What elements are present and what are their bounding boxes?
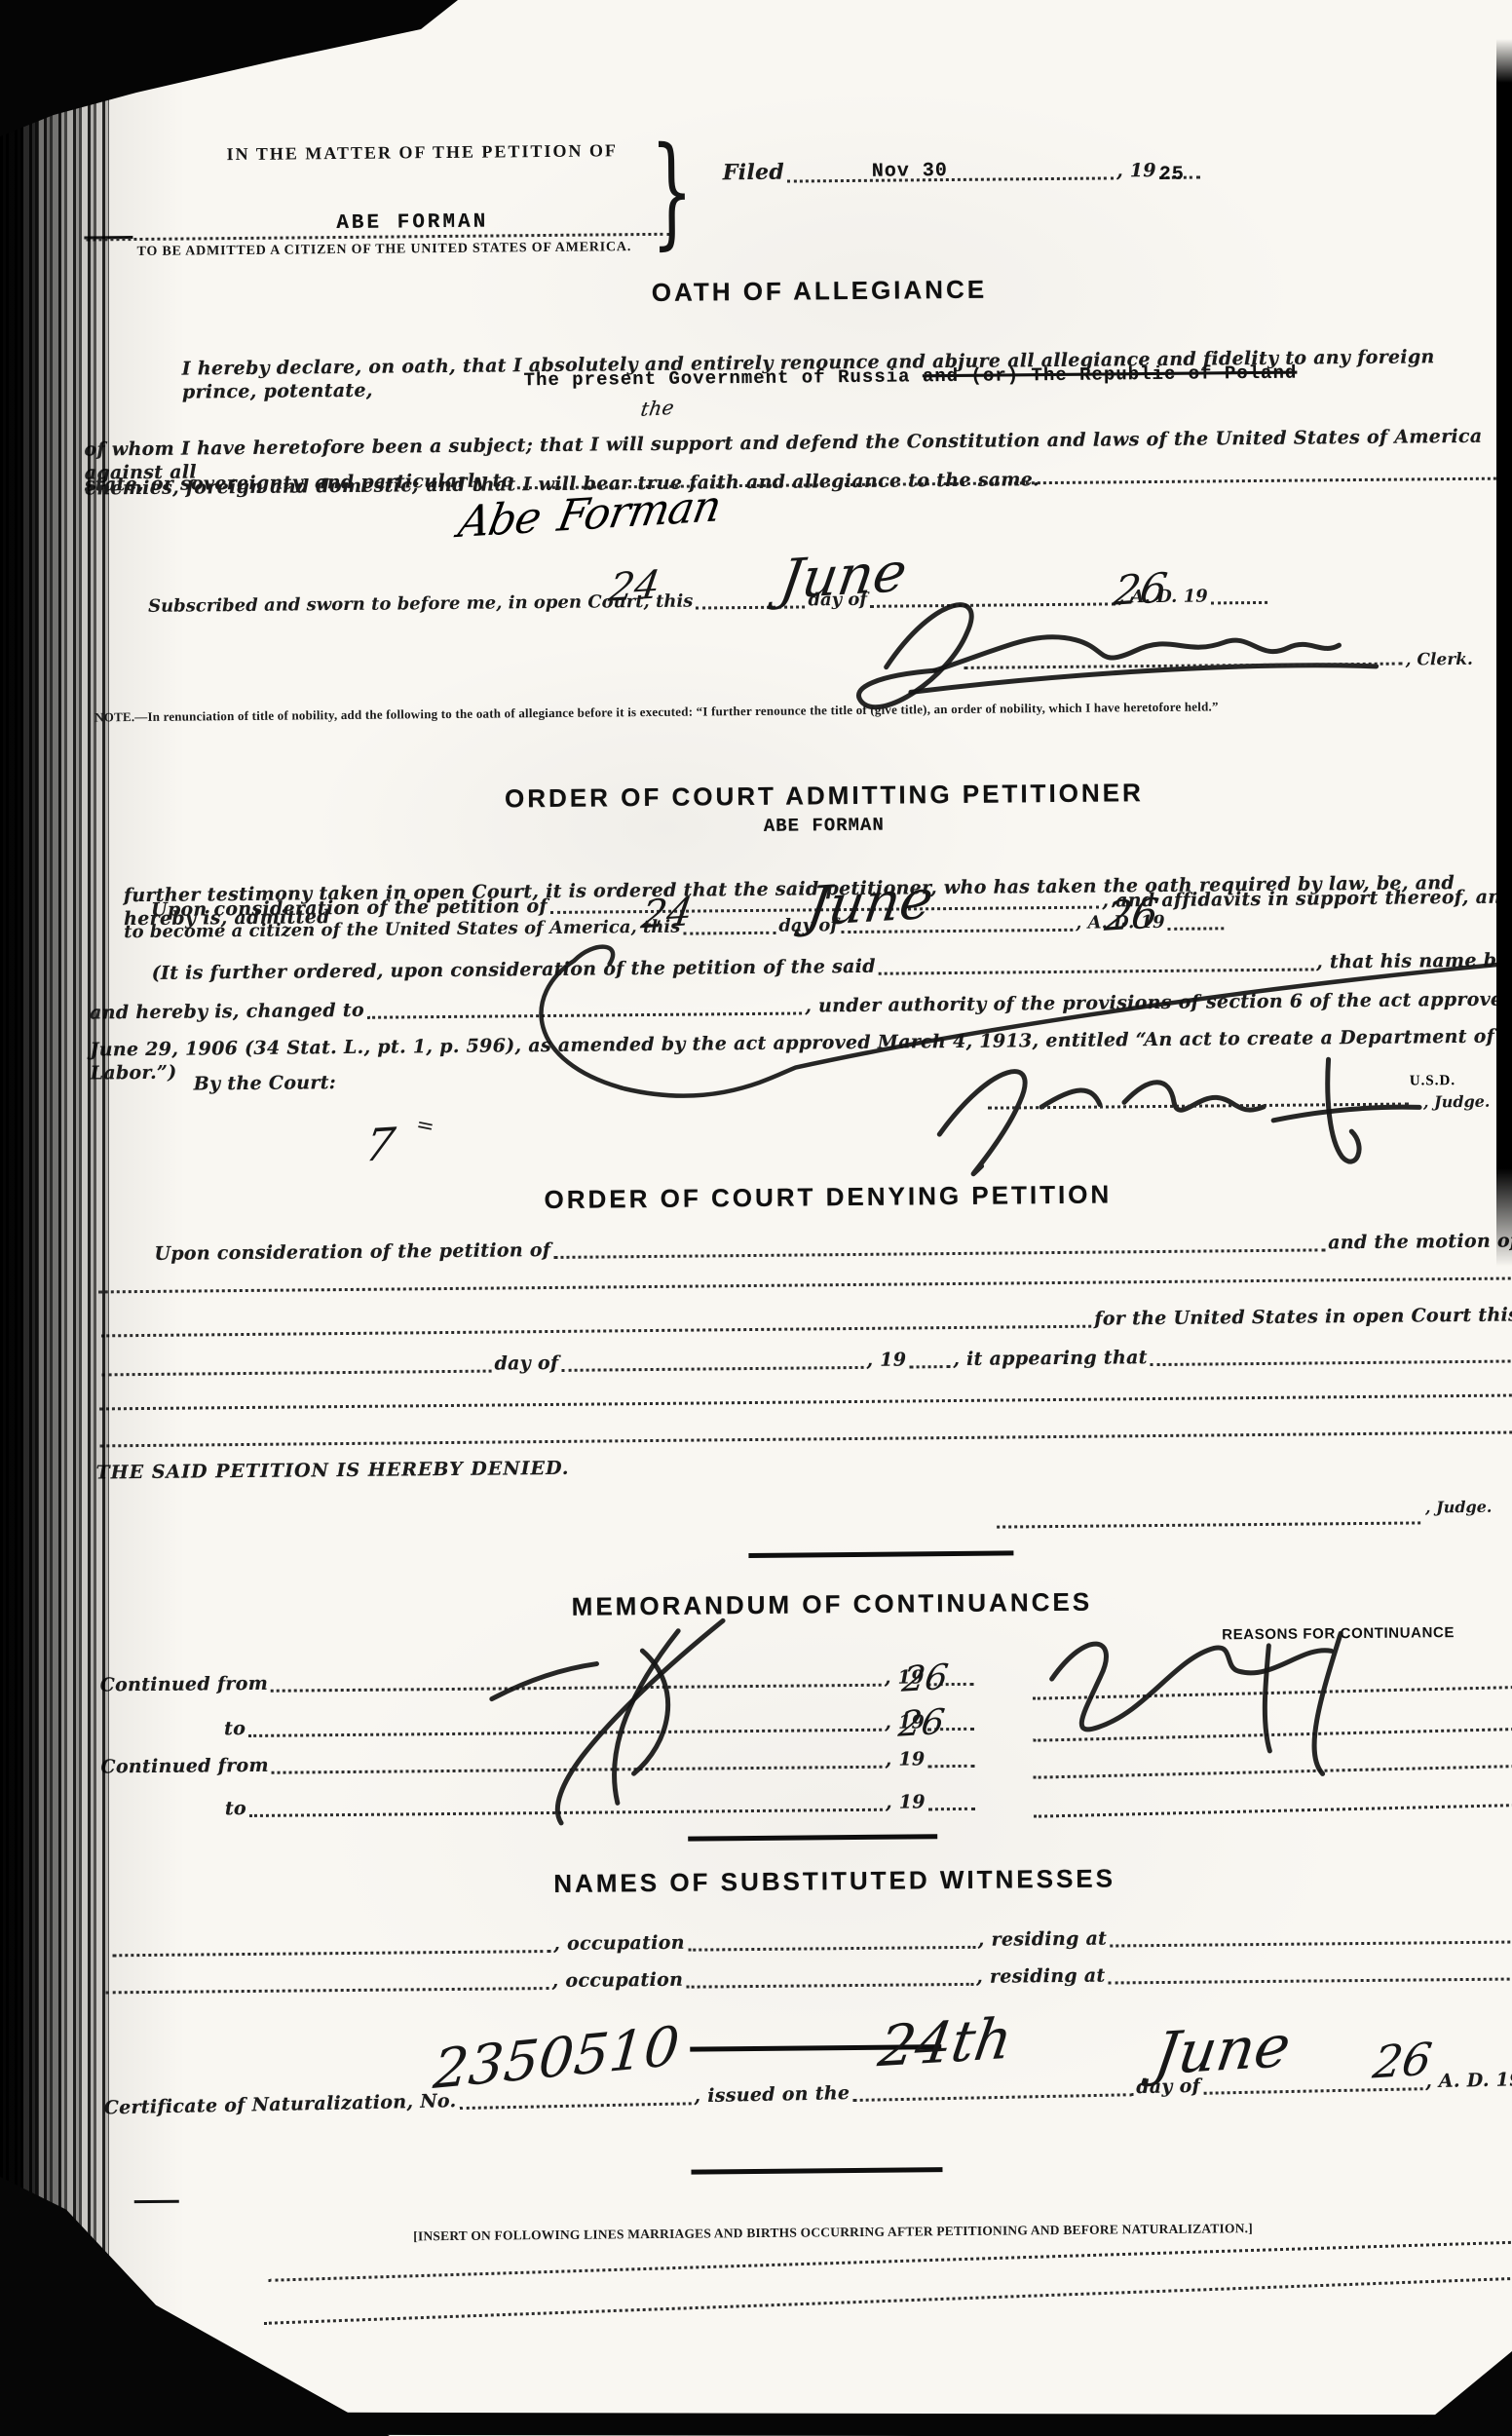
certificate-year-handwriting: 26 xyxy=(1370,2033,1435,2089)
naturalization-record-page: IN THE MATTER OF THE PETITION OF ABE FOR… xyxy=(0,0,1512,2436)
certificate-ad19: , A. D. 19 xyxy=(1425,2069,1512,2094)
reasons-line-4 xyxy=(1034,1804,1512,1818)
continuance-reason-signature-handwriting xyxy=(1027,1616,1389,1790)
witness-1-occupation-dotted xyxy=(688,1946,975,1952)
filed-year-prefix: , 19 xyxy=(1116,160,1156,183)
filed-dotted-line xyxy=(787,176,1114,182)
filed-date-stamp: Nov 30 xyxy=(872,160,948,183)
denying-line4: day of , 19 , it appearing that xyxy=(98,1343,1512,1380)
sworn-day-handwriting: 24 xyxy=(606,563,662,611)
denying-day-of: day of xyxy=(494,1352,558,1376)
denying-year-dotted xyxy=(909,1365,950,1368)
right-brace: } xyxy=(650,132,694,252)
certificate-number-dotted xyxy=(460,2102,692,2110)
admitting-title: ORDER OF COURT ADMITTING PETITIONER xyxy=(473,778,1175,815)
judge-label: , Judge. xyxy=(1423,1092,1491,1113)
continuance-row-1-year-handwriting: 26 xyxy=(899,1657,950,1700)
petition-denied-line: THE SAID PETITION IS HEREBY DENIED. xyxy=(95,1458,569,1485)
denying-blank-line-2 xyxy=(99,1393,1512,1410)
denying-appearing: , it appearing that xyxy=(953,1347,1148,1372)
usd-label: U.S.D. xyxy=(1410,1073,1455,1089)
continuance-row-4-19: , 19 xyxy=(886,1791,926,1814)
denying-comma19: , 19 xyxy=(866,1349,906,1372)
denying-line1-tail: and the motion of xyxy=(1328,1230,1512,1255)
continuance-row-3-19: , 19 xyxy=(885,1748,925,1771)
continuance-row-2-label: to xyxy=(224,1718,246,1741)
certificate-lead: Certificate of Naturalization, No. xyxy=(103,2090,456,2120)
certificate-month-handwriting: June xyxy=(1150,2012,1295,2088)
certificate-day-handwriting: 24th xyxy=(874,2005,1016,2079)
witness-1-residing-label: , residing at xyxy=(978,1928,1108,1953)
scan-bottom-bar xyxy=(321,2413,1512,2436)
admitting-name-typed: ABE FORMAN xyxy=(764,815,885,837)
denying-day-dotted-1 xyxy=(102,1369,492,1376)
continuance-row-3-label: Continued from xyxy=(100,1755,269,1779)
admitting-line5-lead: and hereby is, changed to xyxy=(90,1000,364,1025)
filed-year-stamp: 25 xyxy=(1159,164,1185,186)
allegiance-typed-part2: Russia xyxy=(838,365,911,388)
admitting-day-handwriting: 24 xyxy=(638,890,695,937)
insert-marriages-note: [INSERT ON FOLLOWING LINES MARRIAGES AND… xyxy=(341,2220,1325,2245)
marriages-blank-line-1 xyxy=(268,2240,1512,2281)
denying-line1-dotted xyxy=(553,1248,1325,1259)
witness-2-occupation-dotted xyxy=(686,1983,973,1989)
witness-2-residing-dotted xyxy=(1109,1977,1512,1984)
admitting-month-handwriting: June xyxy=(803,868,938,939)
witnesses-title: NAMES OF SUBSTITUTED WITNESSES xyxy=(484,1863,1186,1900)
denying-line1: Upon consideration of the petition of an… xyxy=(154,1230,1512,1266)
denying-judge-label: , Judge. xyxy=(1425,1498,1493,1518)
nobility-note: NOTE.—In renunciation of title of nobili… xyxy=(94,699,1219,725)
denying-line3-tail: for the United States in open Court this xyxy=(1094,1304,1512,1331)
denying-month-dotted xyxy=(561,1366,863,1372)
book-binding-edge xyxy=(0,0,109,2436)
continuance-row-4-label: to xyxy=(225,1798,246,1821)
denying-line3-dotted xyxy=(101,1324,1091,1337)
section-divider-rule-4 xyxy=(691,2167,942,2174)
oath-title: OATH OF ALLEGIANCE xyxy=(586,274,1053,309)
handwritten-the-insert: the xyxy=(639,396,676,421)
filed-label: Filed xyxy=(723,160,784,187)
denying-title: ORDER OF COURT DENYING PETITION xyxy=(477,1179,1179,1216)
witness-2-residing-label: , residing at xyxy=(976,1965,1106,1990)
witness-1-name-dotted xyxy=(112,1950,550,1957)
witness-1-occupation-label: , occupation xyxy=(553,1932,685,1957)
allegiance-typed-part1: The present Government of xyxy=(524,366,826,391)
witness-1-residing-dotted xyxy=(1110,1940,1512,1947)
clerk-label: , Clerk. xyxy=(1406,650,1473,671)
denying-line3: for the United States in open Court this xyxy=(98,1304,1512,1341)
by-the-court: By the Court: xyxy=(194,1072,337,1096)
margin-mark-2-handwriting: = xyxy=(414,1113,436,1140)
scan-right-edge xyxy=(1496,39,1512,1267)
admit-citizen-line: TO BE ADMITTED A CITIZEN OF THE UNITED S… xyxy=(136,240,631,260)
denying-line1-lead: Upon consideration of the petition of xyxy=(154,1239,550,1267)
marriages-blank-line-2 xyxy=(264,2277,1512,2325)
witness-2-name-dotted xyxy=(106,1987,549,1994)
denying-appearing-dotted xyxy=(1151,1359,1512,1366)
certificate-issued: , issued on the xyxy=(694,2082,850,2109)
petitioner-name-typed: ABE FORMAN xyxy=(336,211,488,235)
certificate-month-dotted xyxy=(1203,2087,1422,2095)
certificate-day-dotted xyxy=(852,2093,1133,2102)
continuance-row-2-year-handwriting: 26 xyxy=(896,1702,947,1745)
filed-row: Filed , 19 xyxy=(723,156,1192,187)
allegiance-typed-struck: and (or) The Republic of Poland xyxy=(923,362,1298,388)
clerk-signature-handwriting xyxy=(842,573,1388,709)
denying-blank-line-3 xyxy=(99,1430,1512,1447)
denying-judge-dotted xyxy=(997,1521,1420,1528)
form-content: IN THE MATTER OF THE PETITION OF ABE FOR… xyxy=(0,0,1512,2436)
margin-mark-handwriting: 7 xyxy=(361,1118,398,1172)
continuance-dates-handwriting xyxy=(433,1609,756,1841)
continuance-row-4-year-dotted xyxy=(928,1808,975,1810)
continuance-row-3-year-dotted xyxy=(927,1765,974,1768)
matter-of-petition-line: IN THE MATTER OF THE PETITION OF xyxy=(226,140,618,165)
section-divider-rule-2 xyxy=(688,1834,937,1841)
witness-row-1: , occupation , residing at xyxy=(109,1923,1512,1960)
form-number-smudge xyxy=(134,2200,179,2203)
denying-blank-line-1 xyxy=(98,1276,1512,1293)
witness-2-occupation-label: , occupation xyxy=(551,1969,683,1994)
continuance-row-1-label: Continued from xyxy=(100,1673,269,1697)
witness-row-2: , occupation , residing at xyxy=(103,1960,1512,1998)
section-divider-rule-1 xyxy=(748,1550,1013,1558)
